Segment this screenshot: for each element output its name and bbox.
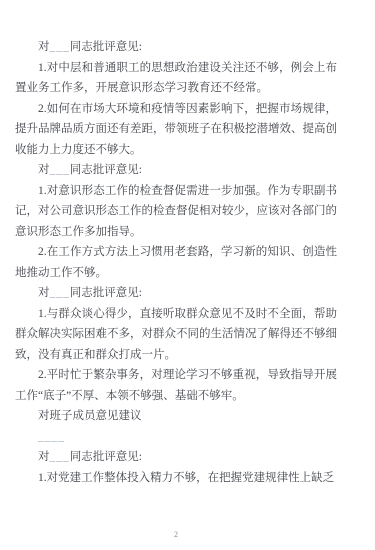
heading-prefix: 对: [38, 41, 50, 53]
paragraph: 2.平时忙于繁杂事务，对理论学习不够重视，导致指导开展工作“底子”不厚、本领不够…: [15, 365, 337, 406]
document-body: 对___同志批评意见: 1.对中层和普通职工的思想政治建设关注还不够，例会上布置…: [15, 37, 337, 488]
heading-suffix: 同志批评意见:: [70, 41, 142, 53]
blank-line: ____: [15, 427, 337, 448]
heading-prefix: 对: [38, 287, 50, 299]
paragraph: 1.对意识形态工作的检查督促需进一步加强。作为专职副书记，对公司意识形态工作的检…: [15, 181, 337, 243]
heading-prefix: 对: [38, 164, 50, 176]
page-number: 2: [15, 529, 337, 541]
blank-underline: ___: [50, 41, 70, 53]
paragraph: 2.如何在市场大环境和疫情等因素影响下，把握市场规律，提升品牌品质方面还有差距，…: [15, 99, 337, 161]
blank-underline: ___: [50, 164, 70, 176]
paragraph: 1.与群众谈心得少，直接听取群众意见不及时不全面，帮助群众解决实际困难不多，对群…: [15, 304, 337, 366]
paragraph: 2.在工作方式方法上习惯用老套路，学习新的知识、创造性地推动工作不够。: [15, 242, 337, 283]
blank-underline: ___: [50, 287, 70, 299]
document-page: 对___同志批评意见: 1.对中层和普通职工的思想政治建设关注还不够，例会上布置…: [0, 0, 375, 550]
paragraph-subheading: 对班子成员意见建议: [15, 406, 337, 427]
paragraph: 1.对党建工作整体投入精力不够，在把握党建规律性上缺乏: [15, 468, 337, 489]
heading-suffix: 同志批评意见:: [70, 164, 142, 176]
paragraph-blank-heading: 对___同志批评意见:: [15, 447, 337, 468]
paragraph-blank-heading: 对___同志批评意见:: [15, 37, 337, 58]
heading-suffix: 同志批评意见:: [70, 287, 142, 299]
paragraph-blank-heading: 对___同志批评意见:: [15, 160, 337, 181]
blank-underline: ___: [50, 451, 70, 463]
heading-prefix: 对: [38, 451, 50, 463]
paragraph: 1.对中层和普通职工的思想政治建设关注还不够，例会上布置业务工作多，开展意识形态…: [15, 58, 337, 99]
heading-suffix: 同志批评意见:: [70, 451, 142, 463]
paragraph-blank-heading: 对___同志批评意见:: [15, 283, 337, 304]
